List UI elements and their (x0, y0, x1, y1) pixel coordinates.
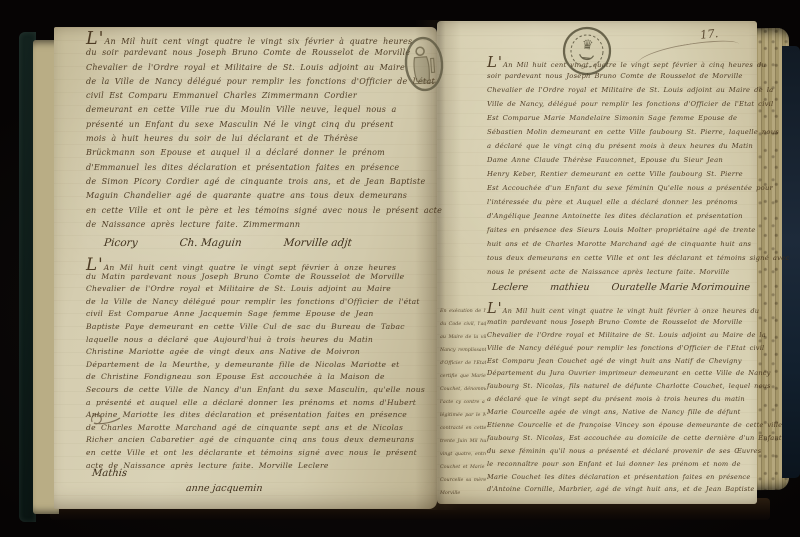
handwritten-line: du soir pardevant nous Joseph Bruno Comt… (86, 46, 430, 60)
handwritten-line: mois à huit heures du soir de lui déclar… (86, 132, 430, 146)
handwritten-line: mathieu (550, 282, 591, 293)
handwritten-line: Chevalier de l'Ordre royal et Militaire … (487, 83, 753, 97)
handwritten-line: certifie que Marie (440, 370, 486, 383)
handwritten-line: Courcelle sa mère. (440, 474, 486, 487)
handwritten-line: Marie Courcelle agée de vingt ans, Nativ… (487, 406, 753, 419)
handwritten-line: du Matin pardevant nous Joseph Bruno Com… (86, 271, 430, 284)
handwritten-line: Nancy remplissant les fonctions (440, 344, 486, 357)
handwritten-line: Ch. Maguin (179, 237, 242, 249)
handwritten-line: Couchet et Marie (440, 461, 486, 474)
svg-text:♛: ♛ (581, 37, 594, 53)
handwritten-line: huit ans et de Charles Marotte Marchand … (487, 237, 753, 251)
handwritten-line: Picory (103, 237, 138, 249)
handwritten-line: Dame Anne Claude Thérèse Fauconnet, Epou… (487, 153, 753, 167)
handwritten-line: de Charles Marotte Marchand agé de cinqu… (86, 422, 430, 435)
handwritten-line: Morville adjt (283, 237, 352, 249)
signature-anne-jacquemin: anne jacquemin (185, 483, 263, 494)
handwritten-line: tous deux demeurans en cette Ville et on… (487, 251, 753, 265)
notary-seal-crown-icon: ♛ (558, 22, 615, 79)
handwritten-line: faubourg St. Nicolas, Est accouchée au d… (487, 432, 753, 445)
handwritten-line: demeurant en cette Ville rue du Moulin V… (86, 103, 430, 117)
handwritten-line: acte de Naissance après lecture faite. M… (86, 460, 430, 473)
handwritten-line: Secours de cette Ville de Nancy d'un Enf… (86, 384, 430, 397)
signature-mathis: Mathis (91, 468, 127, 479)
handwritten-line: soir pardevant nous Joseph Bruno Comte d… (487, 69, 753, 83)
handwritten-line: civil Est Comparu Emmanuel Charles Zimme… (86, 89, 430, 103)
handwritten-line: d'Officier de l'Etat civil (440, 357, 486, 370)
handwritten-line: d'Antoine Cornille, Marbrier, agé de vin… (487, 483, 753, 496)
handwritten-line: Richer ancien Cabaretier agé de cinquant… (86, 434, 430, 447)
handwritten-line: de la Ville de Nancy délégué pour rempli… (86, 296, 430, 309)
handwritten-line: Mathis (91, 468, 127, 479)
handwritten-line: Sébastien Molin demeurant en cette Ville… (487, 125, 753, 139)
handwritten-line: civil Est Comparue Anne Jacquemin Sage f… (86, 308, 430, 321)
handwritten-line: anne jacquemin (185, 483, 263, 494)
handwritten-line: faubourg St. Nicolas, fils naturel de dé… (487, 380, 753, 393)
handwritten-line: du sexe féminin qu'il nous a présenté et… (487, 445, 753, 458)
handwritten-line: l'intéressée du père et Auquel elle a dé… (487, 195, 753, 209)
handwritten-line: du Code civil, l'adjoint (440, 318, 486, 331)
handwritten-line: vingt quatre, entre Jean (440, 448, 486, 461)
handwritten-line: Couchet, dénommée en (440, 383, 486, 396)
handwritten-line: Ouratelle Marie Morimouine (611, 282, 751, 293)
handwritten-line: Est Comparue Marie Mandelaire Simonin Sa… (487, 111, 753, 125)
handwritten-line: légitimée par le Mariage (440, 409, 486, 422)
handwritten-line: d'Angélique Jeanne Antoinette les dites … (487, 209, 753, 223)
handwritten-line: a déclaré que le vingt sept du présent m… (487, 393, 753, 406)
handwritten-line: Chevalier de l'Ordre royal et Militaire … (86, 283, 430, 296)
handwritten-line: Leclere (491, 282, 528, 293)
handwritten-line: Henry Keber, Rentier demeurant en cette … (487, 167, 753, 181)
handwritten-line: au Maire de la ville de (440, 331, 486, 344)
handwritten-line: Etienne Courcelle et de françoise Vincey… (487, 419, 753, 432)
handwritten-line: contracté en cette ville le (440, 422, 486, 435)
photo-backdrop: L'An Mil huit cent vingt quatre le vingt… (0, 0, 800, 537)
handwritten-line: Chevalier de l'Ordre royal et Militaire … (487, 329, 753, 342)
handwritten-line: Marie Couchet les dites déclaration et p… (487, 471, 753, 484)
handwritten-line: Chevalier de l'Ordre royal et Militaire … (86, 61, 430, 75)
book-cover-right (782, 46, 800, 478)
handwritten-line: de Christine Fondigneau son Epouse Est a… (86, 371, 430, 384)
handwritten-line: Département du Jura Ouvrier imprimeur de… (487, 367, 753, 380)
handwritten-line: Christine Mariotte agée de vingt deux an… (86, 346, 430, 359)
handwritten-line: Ville de Nancy délégué pour remplir les … (487, 342, 753, 355)
handwritten-line: Brückmann son Epouse et auquel il a décl… (86, 146, 430, 160)
handwritten-line: l'acte cy contre a été (440, 396, 486, 409)
handwritten-line: en cette Ville et ont le père et les tém… (86, 204, 430, 218)
ink-paraph (88, 408, 122, 434)
birth-act-zimmermann: L'An Mil huit cent vingt quatre le vingt… (86, 32, 430, 232)
handwritten-line: Baptiste Paye demeurant en cette Ville C… (86, 321, 430, 334)
marginal-note-legitimation: En exécution de l'articledu Code civil, … (440, 305, 486, 500)
handwritten-line: a déclaré que le vingt cinq du présent m… (487, 139, 753, 153)
handwritten-line: matin pardevant nous Joseph Bruno Comte … (487, 316, 753, 329)
handwritten-line: laquelle nous a déclaré que Aujourd'hui … (86, 334, 430, 347)
handwritten-line: Ville de Nancy, délégué pour remplir les… (487, 97, 753, 111)
handwritten-line: Maguin Chandelier agé de quarante quatre… (86, 189, 430, 203)
page-number: 17. (699, 26, 719, 42)
handwritten-line: L'An Mil huit cent vingt quatre le vingt… (86, 32, 430, 46)
handwritten-line: de la Ville de Nancy délégué pour rempli… (86, 75, 430, 89)
handwritten-line: de Naissance après lecture faite. Zimmer… (86, 218, 430, 232)
signatures-act1-right: LecleremathieuOuratelle Marie Morimouine (491, 282, 750, 293)
handwritten-line: L'An Mil huit cent vingt quatre le vingt… (86, 258, 430, 271)
handwritten-line: trente Juin Mil huit cent (440, 435, 486, 448)
handwritten-line: le reconnaître pour son Enfant et lui do… (487, 458, 753, 471)
handwritten-line: Département de la Meurthe, y demeurante … (86, 359, 430, 372)
handwritten-line: nous le présent acte de Naissance après … (487, 265, 753, 279)
handwritten-line: L'An Mil huit cent vingt quatre le vingt… (487, 303, 753, 316)
signatures-act1-left: PicoryCh. MaguinMorville adjt (103, 237, 352, 249)
handwritten-line: En exécution de l'article (440, 305, 486, 318)
birth-act-mariotte: L'An Mil huit cent vingt quatre le vingt… (86, 258, 430, 472)
handwritten-line: Est Accouchée d'un Enfant du sexe fémini… (487, 181, 753, 195)
handwritten-line: Morville (440, 487, 486, 500)
handwritten-line: Est Comparu Jean Couchet agé de vingt hu… (487, 355, 753, 368)
birth-act-fauconnet: L'An Mil huit cent vingt quatre le vingt… (487, 55, 753, 279)
handwritten-line: Antoine Mariotte les dites déclaration e… (86, 409, 430, 422)
revenue-stamp-effigy-icon (401, 34, 447, 95)
birth-act-couchet: L'An Mil huit cent vingt quatre le vingt… (487, 303, 753, 496)
handwritten-line: a présenté et auquel elle a déclaré donn… (86, 397, 430, 410)
handwritten-line: L'An Mil huit cent vingt quatre le vingt… (487, 55, 753, 69)
handwritten-line: d'Emmanuel les dites déclaration et prés… (86, 161, 430, 175)
handwritten-line: présenté un Enfant du sexe Masculin Né l… (86, 118, 430, 132)
handwritten-line: de Simon Picory Cordier agé de cinquante… (86, 175, 430, 189)
handwritten-line: faites en présence des Sieurs Louis Molt… (487, 223, 753, 237)
handwritten-line: en cette Ville et ont les déclarante et … (86, 447, 430, 460)
